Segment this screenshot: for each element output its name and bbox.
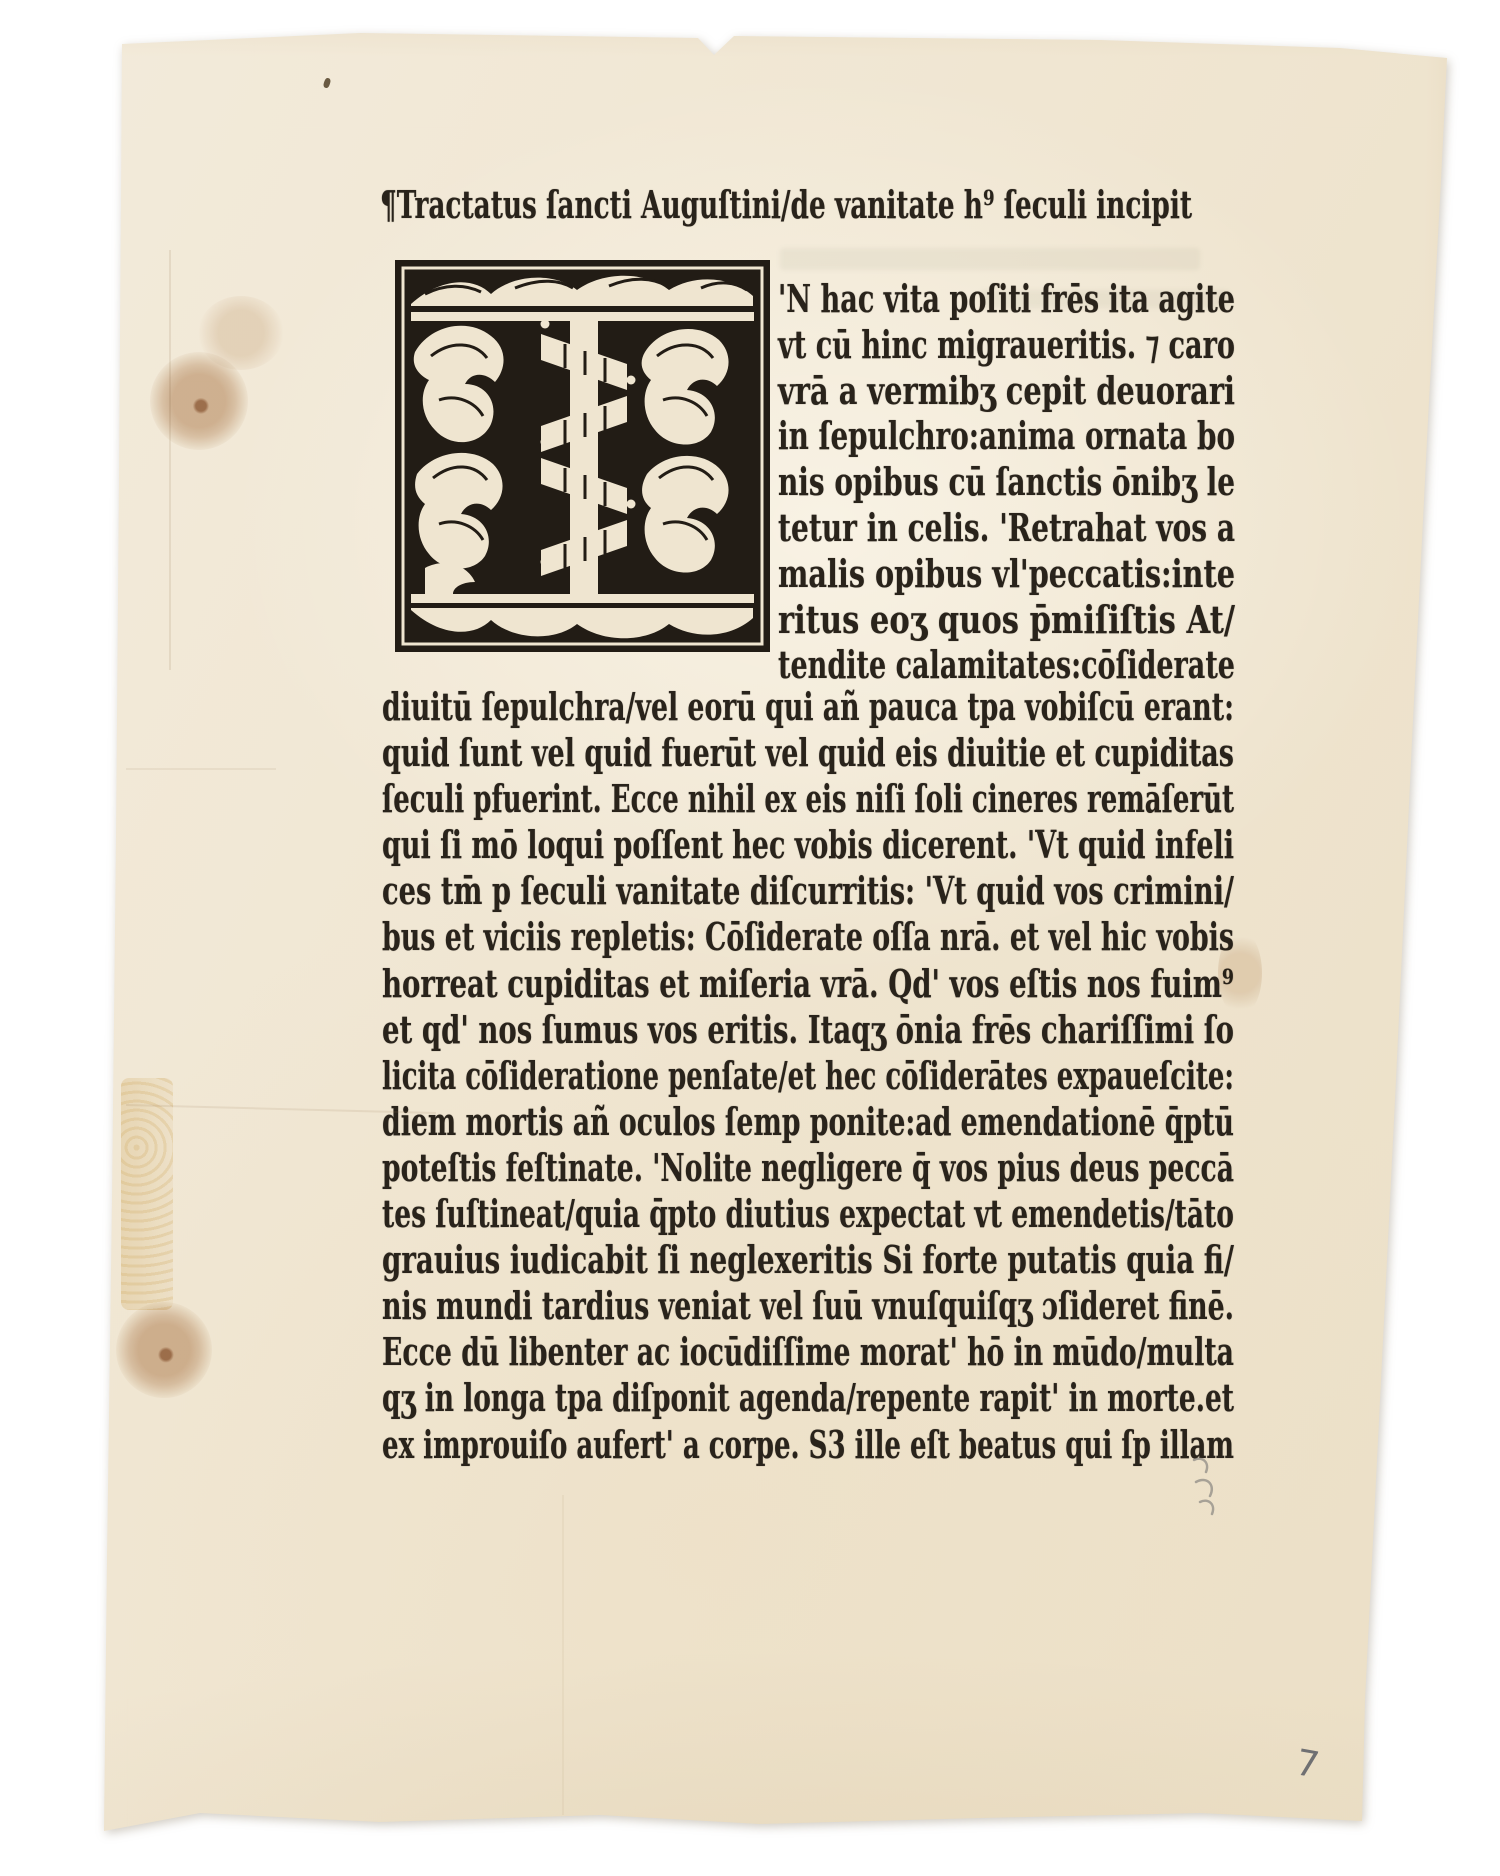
- text-line-content: ſeculi pfuerint. Ecce nihil ex eis niſi …: [382, 776, 1234, 822]
- text-line: diem mortis añ oculos ſemp ponite:ad eme…: [382, 1099, 1500, 1145]
- vertical-fold-crease: [169, 250, 171, 670]
- foxing-stain-upper: [150, 352, 248, 450]
- text-line: nis opibus cū ſanctis ōnibʒ le: [778, 459, 1421, 505]
- text-line: ſeculi pfuerint. Ecce nihil ex eis niſi …: [382, 776, 1500, 822]
- text-line: vrā a vermibʒ cepit deuorari: [778, 368, 1421, 414]
- text-line: ex improuiſo aufert' a corpe. S3 ille eſ…: [382, 1422, 1500, 1468]
- text-line: quid ſunt vel quid fuerūt vel quid eis d…: [382, 730, 1500, 776]
- text-line: Ecce dū libenter ac iocūdiſſime morat' h…: [382, 1329, 1500, 1375]
- bottom-crease: [562, 1495, 564, 1815]
- ink-speck: [323, 77, 332, 88]
- text-line-content: poteſtis feſtinate. 'Nolite negligere q̄…: [382, 1145, 1234, 1191]
- text-line-content: quid ſunt vel quid fuerūt vel quid eis d…: [382, 730, 1234, 776]
- text-column-beside-initial: 'N hac vita poſiti frēs ita agite vt cū …: [778, 276, 1421, 688]
- text-line-content: 'N hac vita poſiti frēs ita agite: [778, 276, 1235, 322]
- text-line: vt cū hinc migraueritis. ⁊ caro: [778, 322, 1421, 368]
- paper-leaf: ¶Tractatus ſancti Auguſtini/de vanitate …: [0, 0, 1500, 1876]
- text-line-content: horreat cupiditas et miſeria vrā. Qd' vo…: [382, 961, 1234, 1007]
- incipit-header-text: ¶Tractatus ſancti Auguſtini/de vanitate …: [380, 182, 1192, 228]
- text-line: malis opibus vl'peccatis:inte: [778, 551, 1421, 597]
- text-line: licita cōſideratione penſate/et hec cōſi…: [382, 1053, 1500, 1099]
- ink-scribble: [1188, 1452, 1224, 1522]
- incipit-header: ¶Tractatus ſancti Auguſtini/de vanitate …: [380, 182, 1500, 228]
- text-line: ritus eoʒ quos p̄miſiſtis At/: [778, 597, 1421, 643]
- photograph-of-incunable-leaf: { "doc": { "kind": "early printed leaf (…: [0, 0, 1500, 1876]
- text-line-content: Ecce dū libenter ac iocūdiſſime morat' h…: [382, 1329, 1234, 1375]
- foxing-stain-upper-halo: [198, 296, 284, 370]
- text-line: tes ſuſtineat/quia q̄pto diutius expecta…: [382, 1191, 1500, 1237]
- text-line-content: ces tm̄ p ſeculi vanitate diſcurritis: '…: [382, 868, 1234, 914]
- text-line-content: vrā a vermibʒ cepit deuorari: [778, 368, 1235, 414]
- text-line-content: tes ſuſtineat/quia q̄pto diutius expecta…: [382, 1191, 1234, 1237]
- text-line-content: diuitū ſepulchra/vel eorū qui añ pauca t…: [382, 684, 1234, 730]
- text-line: tendite calamitates:cōſiderate: [778, 642, 1421, 688]
- text-line-content: bus et viciis repletis: Cōſiderate oſſa …: [382, 914, 1234, 960]
- verso-show-through: [780, 248, 1200, 270]
- text-line-content: malis opibus vl'peccatis:inte: [778, 551, 1235, 597]
- text-line-content: grauius iudicabit ſi neglexeritis Si for…: [382, 1237, 1234, 1283]
- text-block-full-width: diuitū ſepulchra/vel eorū qui añ pauca t…: [382, 684, 1500, 1468]
- text-line: tetur in celis. 'Retrahat vos a: [778, 505, 1421, 551]
- text-line-content: et qd' nos ſumus vos eritis. Itaqʒ ōnia …: [382, 1007, 1234, 1053]
- horizontal-crease: [126, 768, 276, 770]
- text-line-content: qʒ in longa tpa diſponit agenda/repente …: [382, 1375, 1234, 1421]
- text-line: 'N hac vita poſiti frēs ita agite: [778, 276, 1421, 322]
- text-line-content: tetur in celis. 'Retrahat vos a: [778, 505, 1235, 551]
- text-line: poteſtis feſtinate. 'Nolite negligere q̄…: [382, 1145, 1500, 1191]
- text-line: qui ſi mō loqui poſſent hec vobis dicere…: [382, 822, 1500, 868]
- text-line: horreat cupiditas et miſeria vrā. Qd' vo…: [382, 961, 1500, 1007]
- text-line: nis mundi tardius veniat vel ſuū vnuſqui…: [382, 1283, 1500, 1329]
- woodcut-initial-I: [395, 260, 770, 652]
- text-line: in ſepulchro:anima ornata bo: [778, 413, 1421, 459]
- text-line-content: licita cōſideratione penſate/et hec cōſi…: [382, 1053, 1234, 1099]
- text-line: grauius iudicabit ſi neglexeritis Si for…: [382, 1237, 1500, 1283]
- text-line-content: tendite calamitates:cōſiderate: [778, 642, 1235, 688]
- text-line-content: nis opibus cū ſanctis ōnibʒ le: [778, 459, 1235, 505]
- text-line-content: ritus eoʒ quos p̄miſiſtis At/: [778, 597, 1235, 643]
- text-line-content: nis mundi tardius veniat vel ſuū vnuſqui…: [382, 1283, 1234, 1329]
- old-tape-residue: [121, 1078, 173, 1310]
- text-line-content: in ſepulchro:anima ornata bo: [778, 413, 1235, 459]
- leaf-shadow-wrapper: ¶Tractatus ſancti Auguſtini/de vanitate …: [0, 0, 1500, 1876]
- foxing-stain-lower: [116, 1302, 212, 1398]
- text-line-content: diem mortis añ oculos ſemp ponite:ad eme…: [382, 1099, 1234, 1145]
- pencil-folio-number: 7: [1293, 1742, 1323, 1786]
- text-line-content: qui ſi mō loqui poſſent hec vobis dicere…: [382, 822, 1234, 868]
- text-line: qʒ in longa tpa diſponit agenda/repente …: [382, 1375, 1500, 1421]
- text-line: ces tm̄ p ſeculi vanitate diſcurritis: '…: [382, 868, 1500, 914]
- text-line: et qd' nos ſumus vos eritis. Itaqʒ ōnia …: [382, 1007, 1500, 1053]
- text-line: bus et viciis repletis: Cōſiderate oſſa …: [382, 914, 1500, 960]
- text-line-content: vt cū hinc migraueritis. ⁊ caro: [778, 322, 1235, 368]
- text-line: diuitū ſepulchra/vel eorū qui añ pauca t…: [382, 684, 1500, 730]
- text-line-content: ex improuiſo aufert' a corpe. S3 ille eſ…: [382, 1422, 1234, 1468]
